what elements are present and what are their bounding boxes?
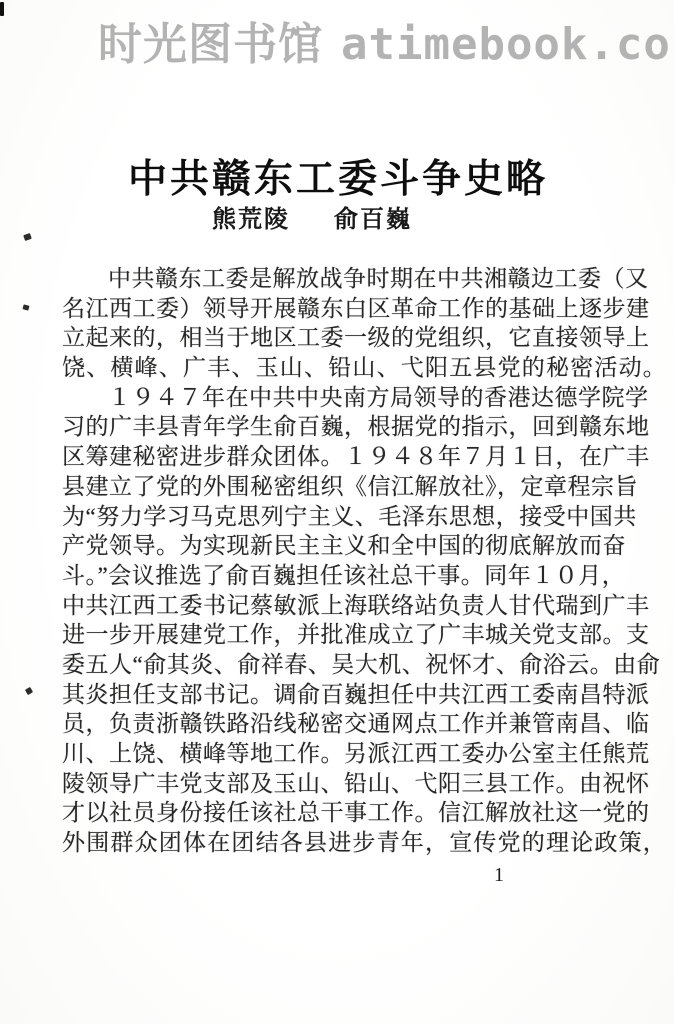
author-line: 熊荒陵俞百巍	[62, 199, 562, 234]
author-name-1: 熊荒陵	[212, 207, 290, 233]
scan-artifact-corner	[0, 2, 4, 16]
body-line: 中共江西工委书记蔡敏派上海联络站负责人甘代瑞到广丰	[62, 591, 614, 621]
body-line: 中共赣东工委是解放战争时期在中共湘赣边工委（又	[62, 264, 614, 294]
scan-artifact-speck	[23, 233, 32, 241]
body-line: 斗。”会议推选了俞百巍担任该社总干事。同年１０月，	[62, 561, 614, 591]
page-number: 1	[494, 864, 504, 887]
body-line: 才以社员身份接任该社总干事工作。信江解放社这一党的	[62, 798, 614, 828]
body-line: 区筹建秘密进步群众团体。１９４８年７月１日，在广丰	[62, 442, 614, 472]
scan-artifact-speck	[25, 687, 33, 695]
body-line: 产党领导。为实现新民主主义和全中国的彻底解放而奋	[62, 531, 614, 561]
body-line: 员，负责浙赣铁路沿线秘密交通网点工作并兼管南昌、临	[62, 709, 614, 739]
watermark-site-url: atimebook.co	[341, 19, 671, 70]
body-line: 县建立了党的外围秘密组织《信江解放社》，定章程宗旨	[62, 472, 614, 502]
article-body: 中共赣东工委是解放战争时期在中共湘赣边工委（又 名江西工委）领导开展赣东白区革命…	[62, 264, 614, 858]
body-line: 为“努力学习马克思列宁主义、毛泽东思想，接受中国共	[62, 502, 614, 532]
watermark: 时光图书馆atimebook.co	[98, 8, 671, 72]
body-line: 外围群众团体在团结各县进步青年，宣传党的理论政策，	[62, 828, 614, 858]
body-line: 川、上饶、横峰等地工作。另派江西工委办公室主任熊荒	[62, 739, 614, 769]
article-title: 中共赣东工委斗争史略	[62, 148, 614, 204]
body-line: 陵领导广丰党支部及玉山、铅山、弋阳三县工作。由祝怀	[62, 769, 614, 799]
body-line: １９４７年在中共中央南方局领导的香港达德学院学	[62, 383, 614, 413]
scan-artifact-speck	[22, 304, 29, 310]
watermark-site-name: 时光图书馆	[98, 19, 323, 70]
body-line: 委五人“俞其炎、俞祥春、吴大机、祝怀才、俞浴云。由俞	[62, 650, 614, 680]
author-name-2: 俞百巍	[334, 207, 412, 233]
scanned-book-page: 时光图书馆atimebook.co 中共赣东工委斗争史略 熊荒陵俞百巍 中共赣东…	[0, 0, 674, 1024]
body-line: 饶、横峰、广丰、玉山、铅山、弋阳五县党的秘密活动。	[62, 353, 614, 383]
body-line: 其炎担任支部书记。调俞百巍担任中共江西工委南昌特派	[62, 680, 614, 710]
body-line: 立起来的，相当于地区工委一级的党组织，它直接领导上	[62, 323, 614, 353]
body-line: 习的广丰县青年学生俞百巍，根据党的指示，回到赣东地	[62, 412, 614, 442]
body-line: 名江西工委）领导开展赣东白区革命工作的基础上逐步建	[62, 294, 614, 324]
body-line: 进一步开展建党工作，并批准成立了广丰城关党支部。支	[62, 620, 614, 650]
